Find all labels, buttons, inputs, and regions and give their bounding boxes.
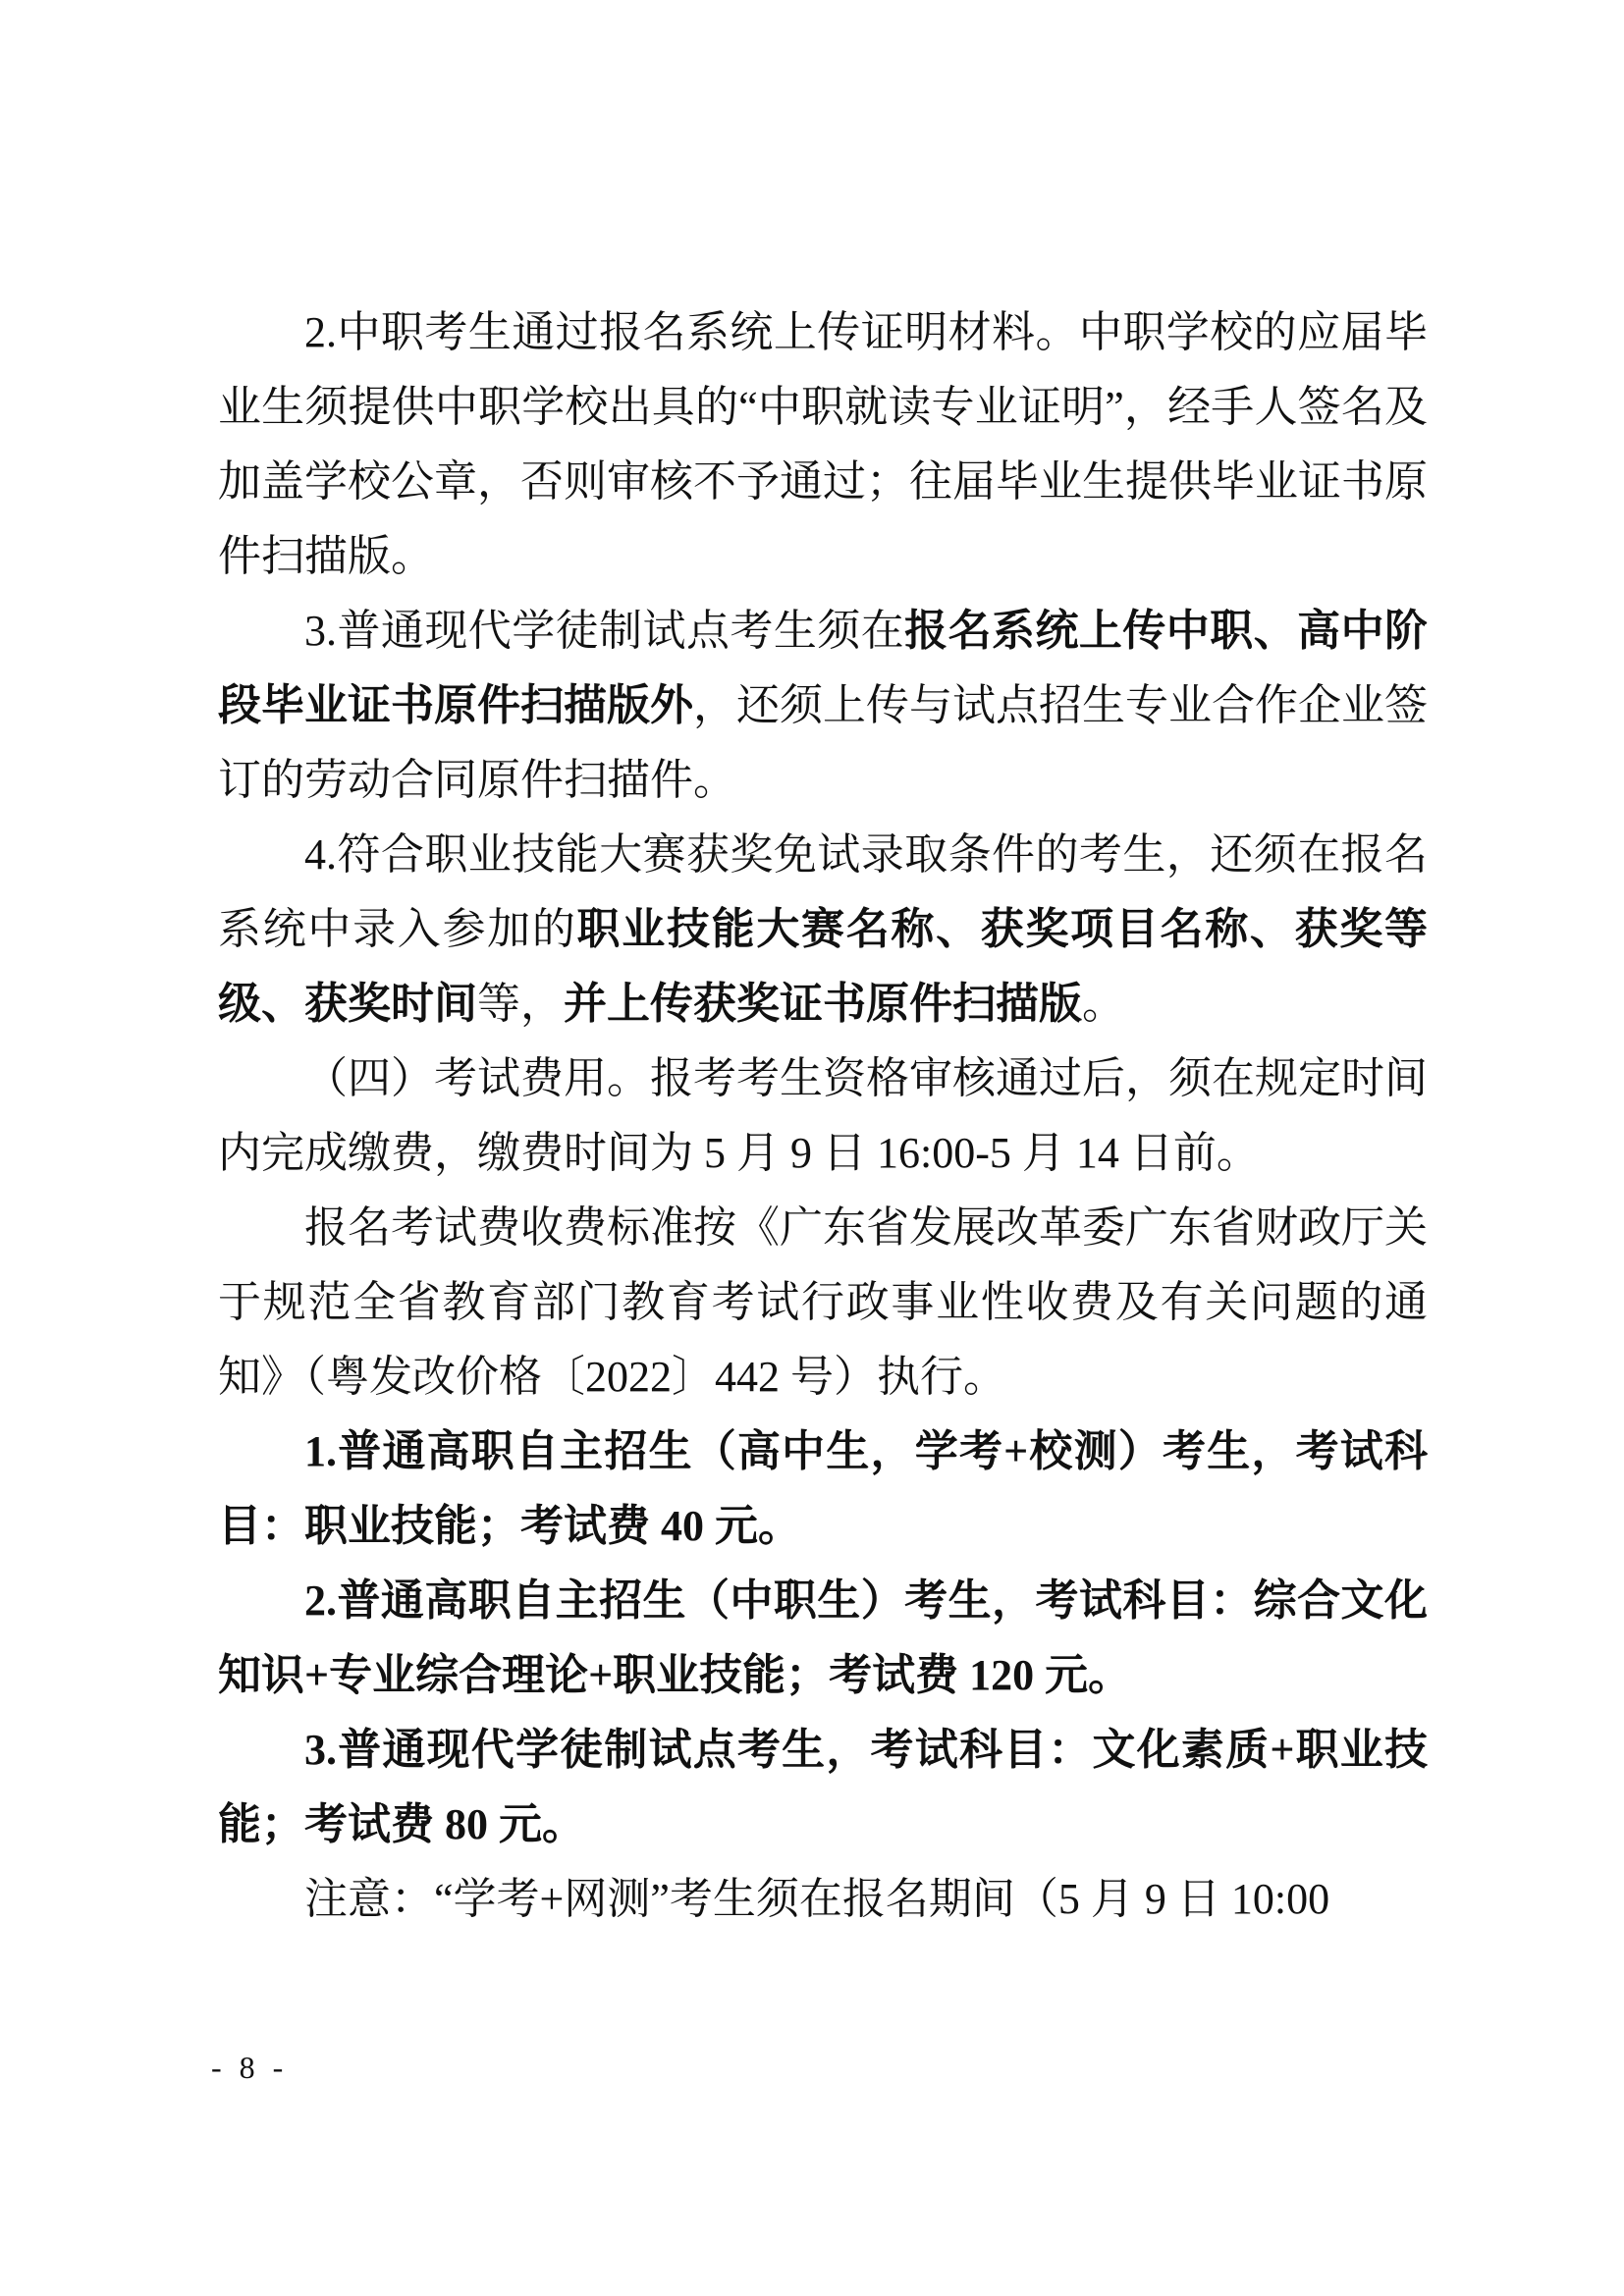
paragraph: 2.普通高职自主招生（中职生）考生，考试科目：综合文化知识+专业综合理论+职业技… — [218, 1564, 1428, 1713]
paragraph: （四）考试费用。报考考生资格审核通过后，须在规定时间内完成缴费，缴费时间为 5 … — [218, 1041, 1428, 1191]
text-run: 。 — [1082, 980, 1125, 1028]
text-run: 3.普通现代学徒制试点考生须在 — [304, 607, 904, 655]
document-page: 2.中职考生通过报名系统上传证明材料。中职学校的应届毕业生须提供中职学校出具的“… — [0, 0, 1624, 2296]
emphasis-text-run: 3.普通现代学徒制试点考生，考试科目：文化素质+职业技能；考试费 80 元。 — [218, 1726, 1428, 1848]
text-run: （四）考试费用。 — [304, 1054, 650, 1102]
emphasis-text-run: 并上传获奖证书原件扫描版 — [564, 980, 1082, 1028]
emphasis-text-run: 2.普通高职自主招生（中职生）考生，考试科目：综合文化知识+专业综合理论+职业技… — [218, 1576, 1428, 1699]
paragraph: 3.普通现代学徒制试点考生，考试科目：文化素质+职业技能；考试费 80 元。 — [218, 1713, 1428, 1862]
paragraph: 报名考试费收费标准按《广东省发展改革委广东省财政厅关于规范全省教育部门教育考试行… — [218, 1191, 1428, 1415]
paragraph: 3.普通现代学徒制试点考生须在报名系统上传中职、高中阶段毕业证书原件扫描版外，还… — [218, 594, 1428, 818]
paragraph: 4.符合职业技能大赛获奖免试录取条件的考生，还须在报名系统中录入参加的职业技能大… — [218, 818, 1428, 1041]
emphasis-text-run: 1.普通高职自主招生（高中生，学考+校测）考生，考试科目：职业技能；考试费 40… — [218, 1427, 1428, 1550]
text-run: 2.中职考生通过报名系统上传证明材料。中职学校的应届毕业生须提供中职学校出具的“… — [218, 308, 1428, 580]
text-run: 报名考试费收费标准按《广东省发展改革委广东省财政厅关于规范全省教育部门教育考试行… — [218, 1203, 1428, 1401]
text-run: 注意：“学考+网测”考生须在报名期间（5 月 9 日 10:00 — [304, 1875, 1329, 1923]
page-number: - 8 - — [211, 2050, 288, 2086]
text-run: 等， — [477, 980, 564, 1028]
paragraph: 2.中职考生通过报名系统上传证明材料。中职学校的应届毕业生须提供中职学校出具的“… — [218, 295, 1428, 594]
paragraph: 注意：“学考+网测”考生须在报名期间（5 月 9 日 10:00 — [218, 1862, 1428, 1937]
document-body: 2.中职考生通过报名系统上传证明材料。中职学校的应届毕业生须提供中职学校出具的“… — [218, 295, 1428, 1937]
paragraph: 1.普通高职自主招生（高中生，学考+校测）考生，考试科目：职业技能；考试费 40… — [218, 1415, 1428, 1564]
